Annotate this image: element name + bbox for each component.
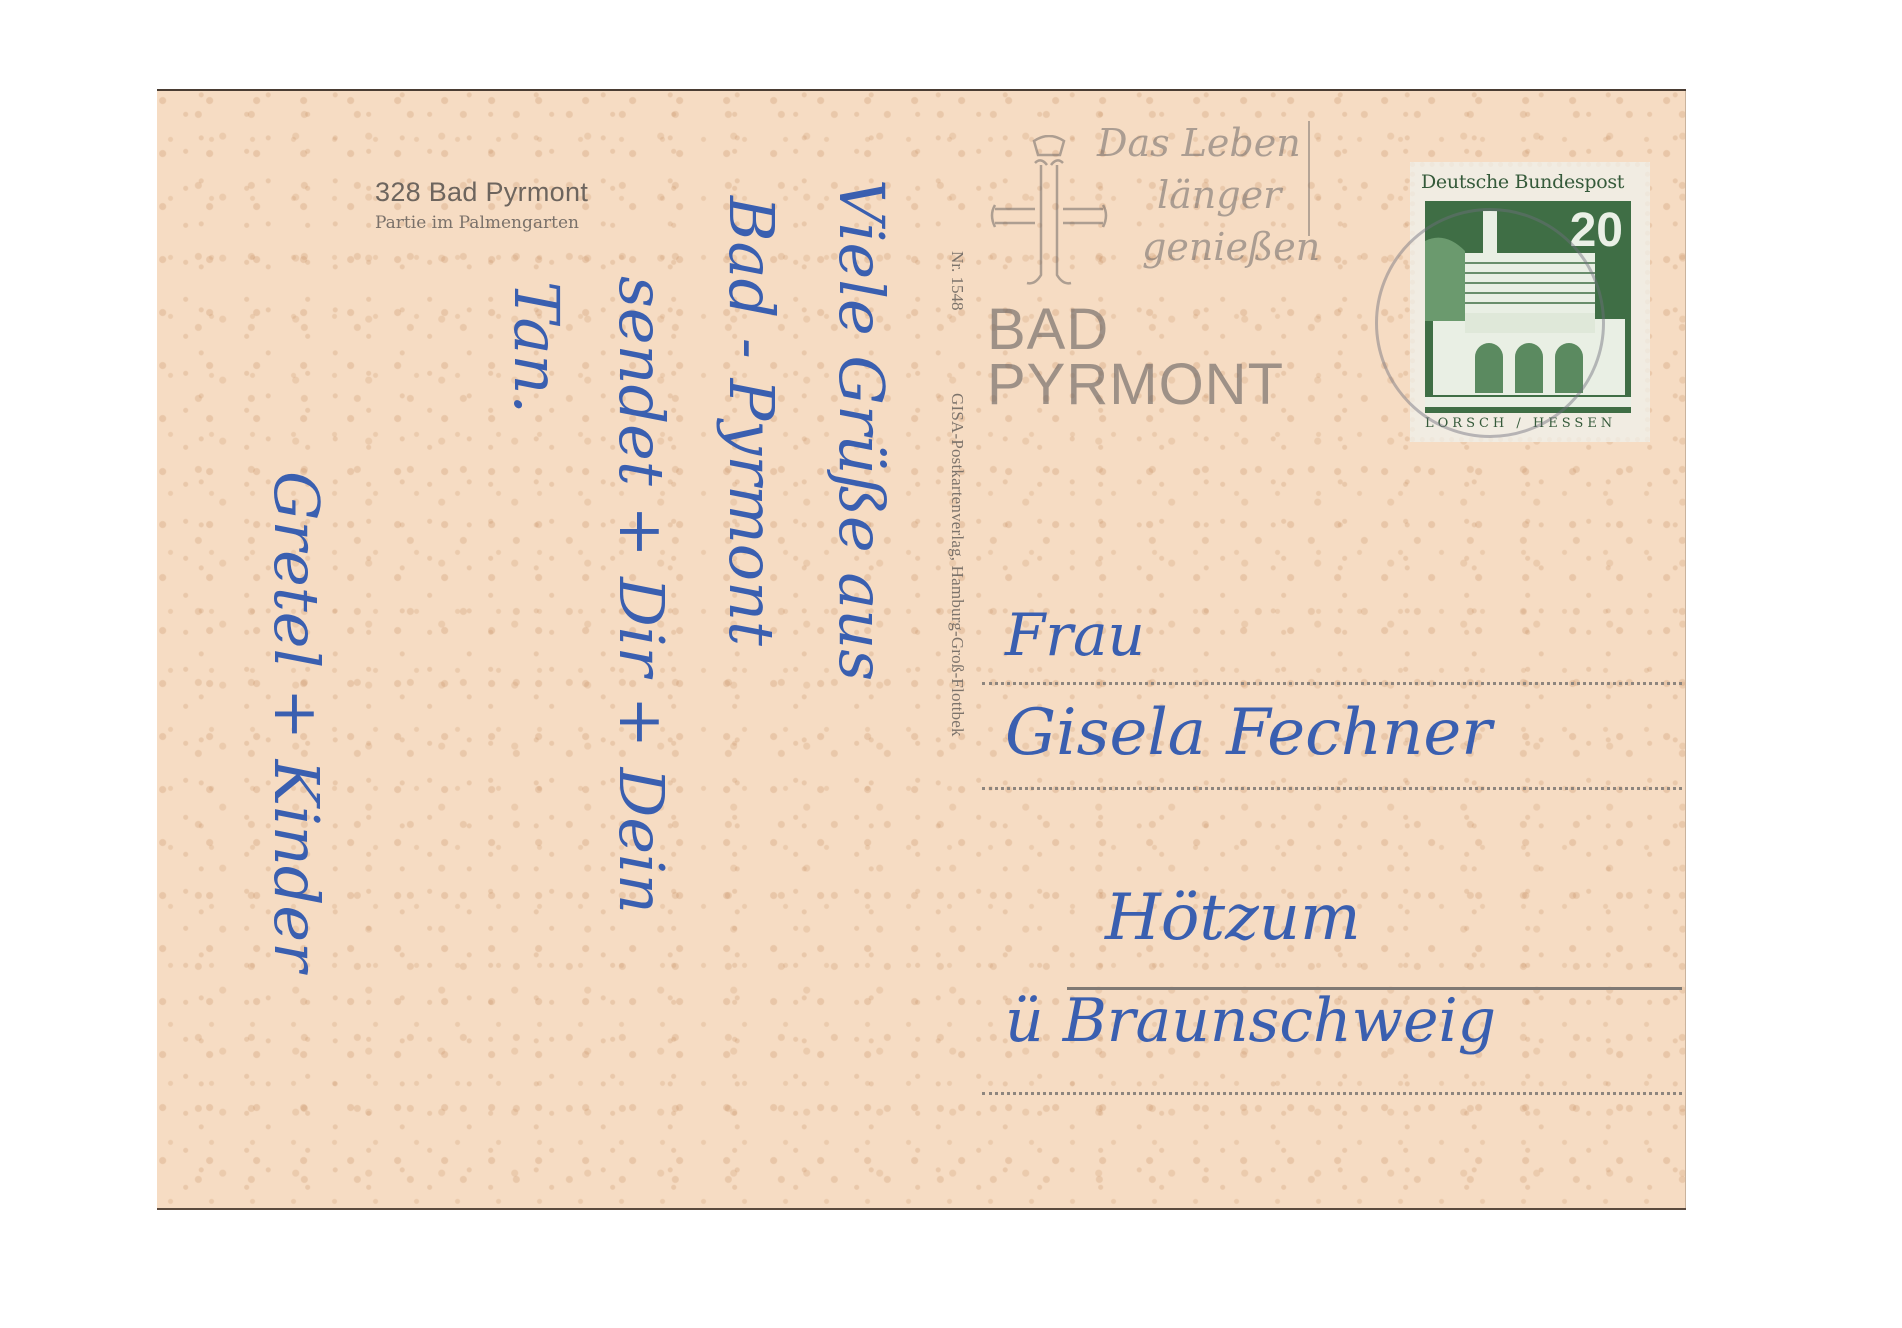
postmark-town-line: BAD: [987, 301, 1109, 359]
card-number: Nr. 1548: [947, 251, 967, 311]
postmark-slogan-line: länger: [1157, 173, 1281, 217]
signature: Gretel + Kinder: [265, 471, 327, 972]
message-line: Tan.: [505, 281, 567, 414]
message-line: Viele Grüße aus: [830, 179, 892, 681]
postcard-back: 328 Bad Pyrmont Partie im Palmengarten N…: [157, 89, 1686, 1210]
address-name: Gisela Fechner: [1005, 701, 1492, 765]
postmark-slogan-line: genießen: [1142, 225, 1320, 269]
postmark-circle: [1375, 208, 1605, 438]
crowned-cross-icon: [989, 135, 1109, 305]
address-salutation: Frau: [1005, 606, 1145, 664]
publisher-imprint: GISA-Postkartenverlag, Hamburg-Groß-Flot…: [947, 393, 967, 737]
message-line: sendet + Dir + Dein: [610, 276, 672, 914]
address-city: ü Braunschweig: [1005, 991, 1496, 1051]
address-line-rule: [982, 1092, 1682, 1095]
stamp-issuer: Deutsche Bundespost: [1421, 171, 1624, 193]
postcard-subtitle: Partie im Palmengarten: [375, 213, 579, 233]
postmark-town-line: PYRMONT: [987, 356, 1284, 414]
address-town: Hötzum: [1105, 886, 1361, 950]
address-line-rule: [982, 787, 1682, 790]
message-line: Bad - Pyrmont: [720, 196, 782, 646]
postmark-slogan-line: Das Leben: [1097, 121, 1301, 165]
postcard-title: 328 Bad Pyrmont: [375, 177, 588, 208]
postmark-bar: [1308, 121, 1310, 236]
address-line-rule: [982, 682, 1682, 685]
